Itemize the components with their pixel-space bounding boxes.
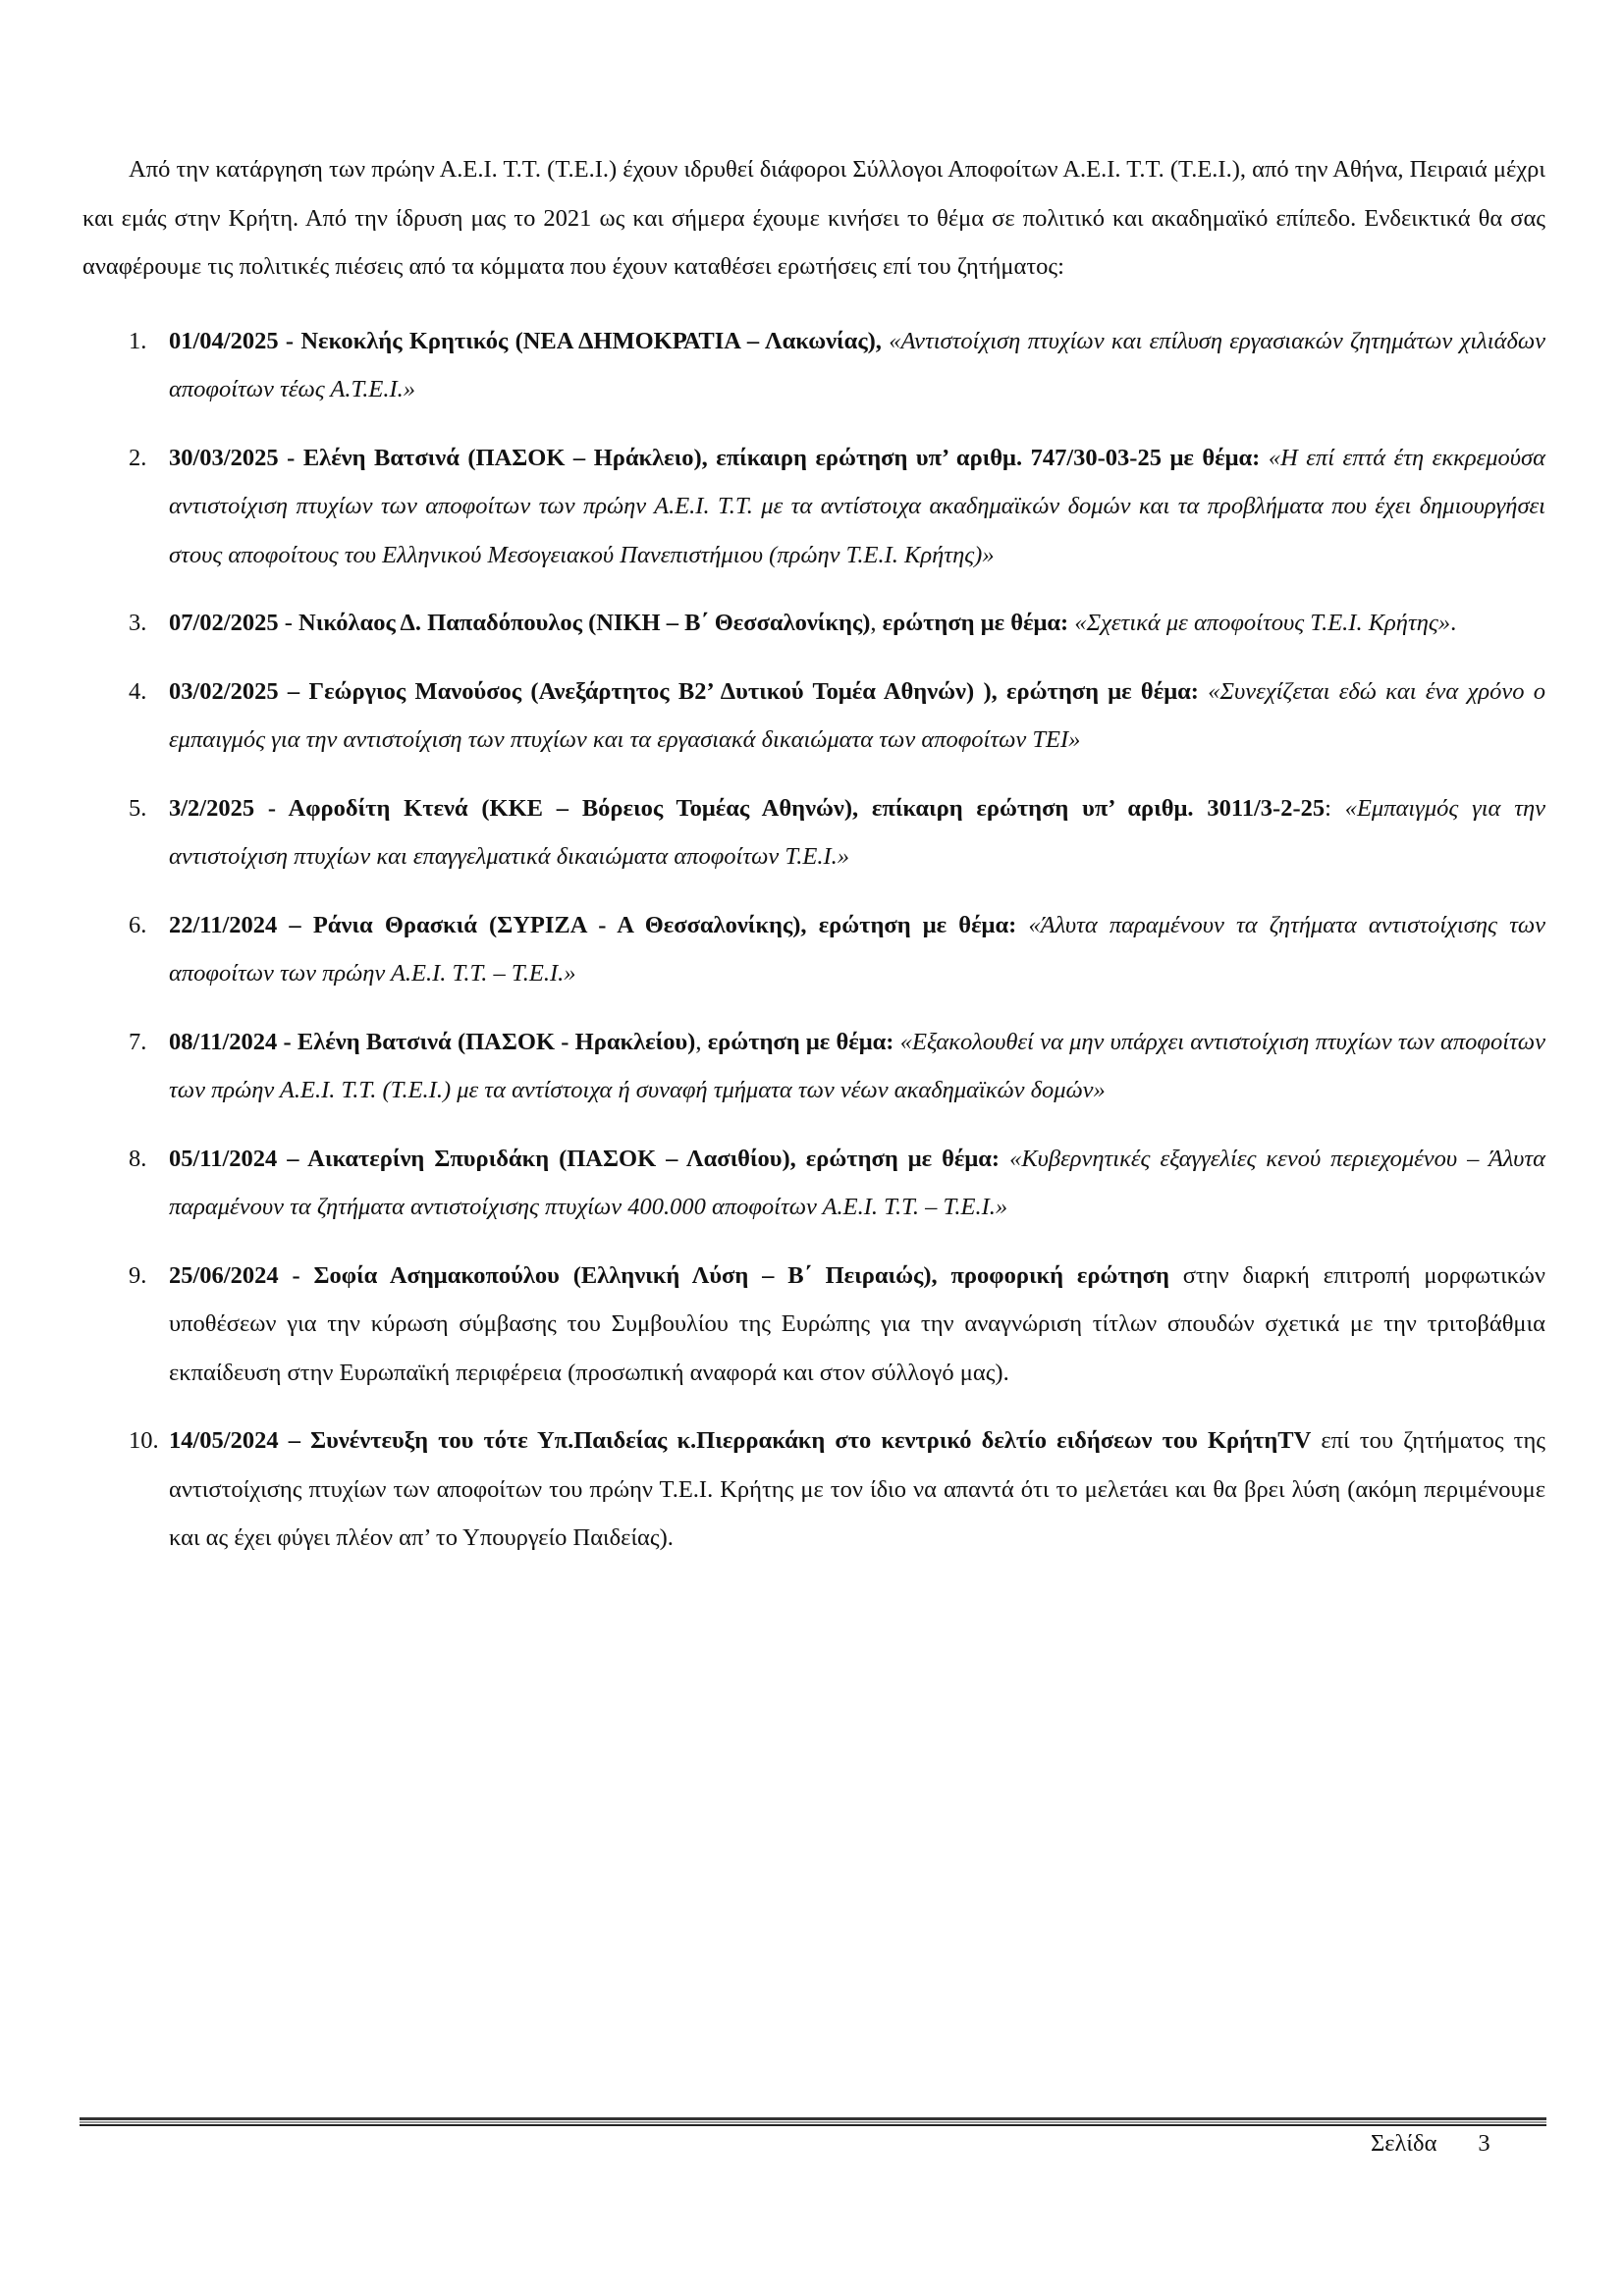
item-date: 25/06/2024	[169, 1262, 279, 1289]
item-separator: -	[277, 1029, 298, 1055]
item-author: Ελένη Βατσινά (ΠΑΣΟΚ - Ηρακλείου)	[298, 1029, 695, 1055]
item-text	[1016, 912, 1028, 938]
item-separator: -	[279, 445, 303, 471]
item-text: ,	[695, 1029, 707, 1055]
page-footer: Σελίδα 3	[1371, 2126, 1490, 2162]
parliamentary-questions-list: 1.01/04/2025 - Νεκοκλής Κρητικός (ΝΕΑ ΔΗ…	[82, 317, 1545, 1563]
item-date: 14/05/2024	[169, 1427, 279, 1454]
item-question-type: ερώτηση με θέμα:	[708, 1029, 894, 1055]
item-author: Αφροδίτη Κτενά (ΚΚΕ – Βόρειος Τομέας Αθη…	[289, 795, 1326, 822]
item-number: 4.	[129, 667, 146, 717]
item-author: Ράνια Θρασκιά (ΣΥΡΙΖΑ - Α Θεσσαλονίκης),…	[313, 912, 1016, 938]
item-author: Συνέντευξη του τότε Υπ.Παιδείας κ.Πιερρα…	[310, 1427, 1311, 1454]
item-text: :	[1325, 795, 1345, 822]
page-label: Σελίδα	[1371, 2126, 1436, 2162]
item-separator: -	[279, 328, 301, 354]
list-item: 2.30/03/2025 - Ελένη Βατσινά (ΠΑΣΟΚ – Ηρ…	[82, 434, 1545, 580]
item-date: 05/11/2024	[169, 1146, 277, 1172]
item-date: 07/02/2025	[169, 610, 279, 636]
list-item: 7.08/11/2024 - Ελένη Βατσινά (ΠΑΣΟΚ - Ηρ…	[82, 1018, 1545, 1115]
item-date: 3/2/2025	[169, 795, 254, 822]
document-body: Από την κατάργηση των πρώην Α.Ε.Ι. Τ.Τ. …	[82, 145, 1545, 1582]
item-number: 1.	[129, 317, 146, 366]
item-number: 3.	[129, 599, 146, 648]
item-author: Σοφία Ασημακοπούλου (Ελληνική Λύση – Β΄ …	[314, 1262, 1169, 1289]
item-text: ,	[870, 610, 882, 636]
item-date: 08/11/2024	[169, 1029, 277, 1055]
item-separator: -	[254, 795, 288, 822]
item-date: 03/02/2025	[169, 678, 279, 705]
item-author: Γεώργιος Μανούσος (Ανεξάρτητος Β2’ Δυτικ…	[308, 678, 1198, 705]
list-item: 10.14/05/2024 – Συνέντευξη του τότε Υπ.Π…	[82, 1416, 1545, 1563]
item-date: 01/04/2025	[169, 328, 279, 354]
list-item: 8.05/11/2024 – Αικατερίνη Σπυριδάκη (ΠΑΣ…	[82, 1135, 1545, 1232]
item-subject: «Σχετικά με αποφοίτους Τ.Ε.Ι. Κρήτης»	[1068, 610, 1450, 636]
list-item: 4.03/02/2025 – Γεώργιος Μανούσος (Ανεξάρ…	[82, 667, 1545, 765]
item-author: Νικόλαος Δ. Παπαδόπουλος (ΝΙΚΗ – Β΄ Θεσσ…	[298, 610, 870, 636]
list-item: 3.07/02/2025 - Νικόλαος Δ. Παπαδόπουλος …	[82, 599, 1545, 648]
item-number: 2.	[129, 434, 146, 483]
list-item: 5.3/2/2025 - Αφροδίτη Κτενά (ΚΚΕ – Βόρει…	[82, 784, 1545, 881]
item-separator: –	[279, 1427, 310, 1454]
item-separator: –	[279, 678, 309, 705]
item-author: Νεκοκλής Κρητικός (ΝΕΑ ΔΗΜΟΚΡΑΤΙΑ – Λακω…	[300, 328, 882, 354]
item-number: 5.	[129, 784, 146, 833]
item-number: 6.	[129, 901, 146, 950]
item-number: 8.	[129, 1135, 146, 1184]
item-date: 30/03/2025	[169, 445, 279, 471]
footer-divider	[80, 2117, 1546, 2126]
list-item: 6.22/11/2024 – Ράνια Θρασκιά (ΣΥΡΙΖΑ - Α…	[82, 901, 1545, 998]
item-text	[1199, 678, 1208, 705]
list-item: 9.25/06/2024 - Σοφία Ασημακοπούλου (Ελλη…	[82, 1252, 1545, 1398]
item-separator: –	[277, 912, 313, 938]
item-separator: -	[279, 1262, 314, 1289]
intro-paragraph: Από την κατάργηση των πρώην Α.Ε.Ι. Τ.Τ. …	[82, 145, 1545, 292]
item-separator: –	[277, 1146, 307, 1172]
item-question-type: ερώτηση με θέμα:	[883, 610, 1069, 636]
item-author: Ελένη Βατσινά (ΠΑΣΟΚ – Ηράκλειο), επίκαι…	[303, 445, 1261, 471]
item-date: 22/11/2024	[169, 912, 277, 938]
list-item: 1.01/04/2025 - Νεκοκλής Κρητικός (ΝΕΑ ΔΗ…	[82, 317, 1545, 414]
item-text	[1000, 1146, 1009, 1172]
item-author: Αικατερίνη Σπυριδάκη (ΠΑΣΟΚ – Λασιθίου),…	[307, 1146, 1000, 1172]
item-number: 7.	[129, 1018, 146, 1067]
item-tail: .	[1450, 610, 1456, 636]
page-number: 3	[1478, 2126, 1489, 2162]
item-number: 10.	[129, 1416, 159, 1466]
item-text	[1260, 445, 1269, 471]
item-number: 9.	[129, 1252, 146, 1301]
item-separator: -	[279, 610, 298, 636]
